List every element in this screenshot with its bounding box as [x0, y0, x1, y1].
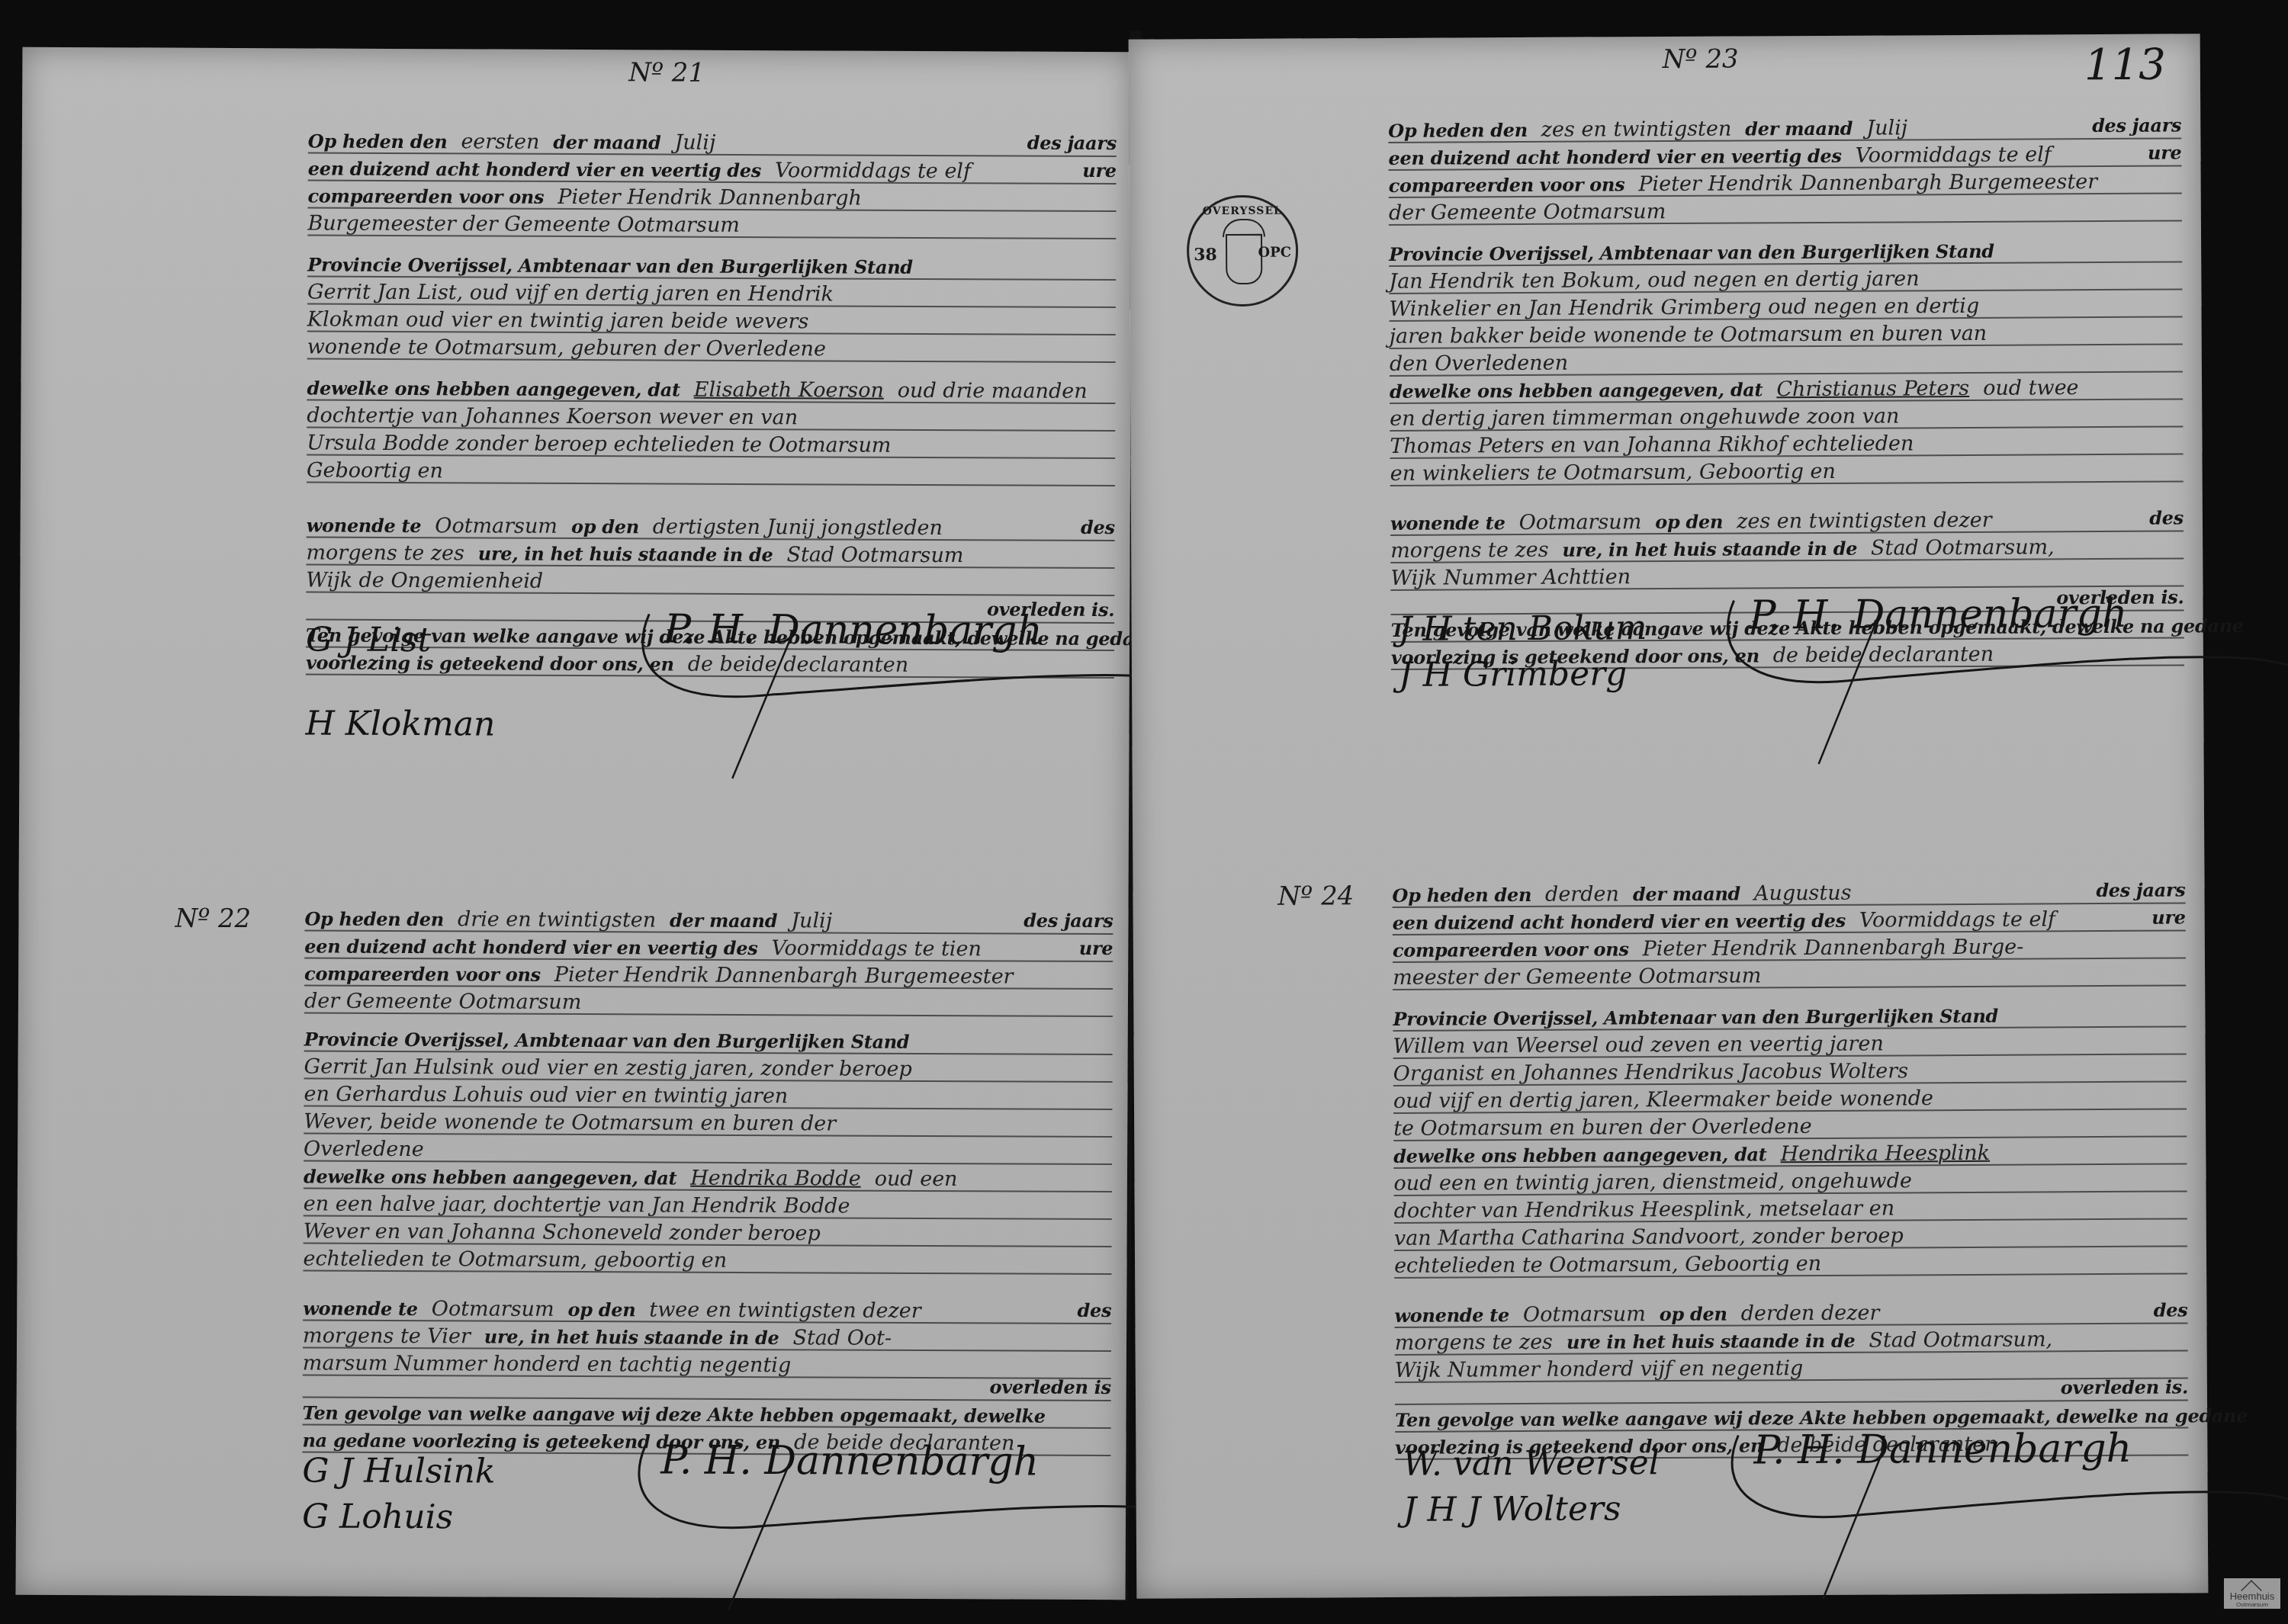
- printed-form-text: dewelke ons hebben aangegeven, dat: [1390, 378, 1763, 403]
- archive-watermark: Heemhuis Ootmarsum: [2224, 1578, 2280, 1609]
- printed-form-text: een duizend acht honderd vier en veertig…: [1393, 910, 1846, 934]
- handwritten-entry: Christianus Peters: [1776, 377, 1969, 401]
- signature-flourish-icon: [1703, 582, 2288, 769]
- handwritten-entry: morgens te Vier: [303, 1324, 471, 1349]
- printed-form-text: ure: [1082, 157, 1117, 185]
- handwritten-entry: Stad Oot-: [792, 1326, 892, 1350]
- handwritten-entry: Jan Hendrik ten Bokum, oud negen en dert…: [1389, 267, 1919, 294]
- handwritten-entry: morgens te zes: [306, 541, 464, 565]
- handwritten-entry: Julij: [791, 909, 832, 932]
- printed-form-text: op den: [567, 1298, 635, 1321]
- handwritten-entry: Gerrit Jan List, oud vijf en dertig jare…: [307, 280, 834, 306]
- printed-form-text: ure: [1079, 935, 1113, 962]
- printed-form-text: een duizend acht honderd vier en veertig…: [308, 157, 761, 181]
- handwritten-entry: Hendrika Heesplink: [1781, 1141, 1991, 1166]
- handwritten-entry: dochtertje van Johannes Koerson wever en…: [307, 403, 798, 429]
- printed-form-text: Op heden den: [304, 907, 444, 930]
- witness-signature: H Klokman: [305, 704, 495, 743]
- printed-form-text: compareerden voor ons: [304, 962, 541, 985]
- record-23: Nº 23Op heden denzes en twintigstender m…: [1388, 34, 2185, 800]
- handwritten-entry: Julij: [1866, 116, 1907, 140]
- handwritten-entry: Stad Ootmarsum: [786, 543, 963, 567]
- printed-form-text: wonende te: [1394, 1304, 1509, 1327]
- handwritten-entry: Ootmarsum: [1523, 1302, 1646, 1327]
- handwritten-entry: Voormiddags te tien: [771, 936, 981, 961]
- witness-signature: W. van Weersel: [1403, 1443, 1660, 1484]
- handwritten-entry: Overledene: [304, 1138, 424, 1162]
- printed-form-text: ure, in het huis staande in de: [478, 542, 773, 566]
- handwritten-entry: Gerrit Jan Hulsink oud vier en zestig ja…: [304, 1055, 912, 1081]
- revenue-stamp: OVERYSSEL 38 OPC: [1187, 195, 1299, 307]
- handwritten-entry: morgens te zes: [1395, 1330, 1553, 1355]
- handwritten-entry: Willem van Weersel oud zeven en veertig …: [1393, 1032, 1883, 1058]
- handwritten-entry: der Gemeente Ootmarsum: [304, 989, 581, 1014]
- printed-form-text: der maand: [1633, 883, 1740, 906]
- printed-form-text: Ten gevolge van welke aangave wij deze A…: [303, 1401, 1046, 1427]
- printed-form-text: ure in het huis staande in de: [1567, 1330, 1856, 1353]
- printed-form-text: Provincie Overijssel, Ambtenaar van den …: [1393, 1005, 1998, 1030]
- coat-of-arms-icon: [1226, 234, 1262, 284]
- witness-signature: J H J Wolters: [1403, 1489, 1621, 1529]
- handwritten-entry: dochter van Hendrikus Heesplink, metsela…: [1394, 1196, 1895, 1222]
- record-number: Nº 21: [628, 57, 705, 88]
- right-page: 113 OVERYSSEL 38 OPC Nº 23Op heden denze…: [1129, 34, 2209, 1598]
- handwritten-entry: Voormiddags te elf: [1856, 143, 2052, 167]
- printed-form-text: wonende te: [303, 1298, 418, 1321]
- handwritten-entry: wonende te Ootmarsum, geburen der Overle…: [307, 335, 826, 361]
- handwritten-entry: morgens te zes: [1390, 538, 1548, 563]
- printed-form-text: dewelke ons hebben aangegeven, dat: [1393, 1143, 1766, 1167]
- handwritten-entry: zes en twintigsten dezer: [1737, 509, 1992, 534]
- printed-form-text: Op heden den: [1388, 119, 1528, 142]
- stamp-value: 38: [1194, 245, 1217, 265]
- printed-form-text: des: [1081, 514, 1115, 541]
- record-number: Nº 22: [175, 903, 251, 934]
- handwritten-entry: oud vijf en dertig jaren, Kleermaker bei…: [1393, 1086, 1933, 1113]
- record-number: Nº 24: [1277, 881, 1354, 912]
- printed-form-text: des: [2154, 1296, 2188, 1324]
- handwritten-entry: oud drie maanden: [898, 379, 1088, 403]
- printed-form-text: des jaars: [2096, 876, 2185, 904]
- handwritten-entry: en Gerhardus Lohuis oud vier en twintig …: [304, 1083, 788, 1109]
- printed-form-text: op den: [571, 515, 639, 538]
- handwritten-entry: eersten: [461, 130, 539, 153]
- printed-form-text: des jaars: [1027, 130, 1117, 158]
- handwritten-entry: Organist en Johannes Hendrikus Jacobus W…: [1393, 1059, 1908, 1086]
- printed-form-text: des jaars: [1023, 907, 1113, 936]
- handwritten-entry: Wijk Nummer honderd vijf en negentig: [1395, 1356, 1804, 1382]
- printed-form-text: overleden is: [990, 1373, 1111, 1401]
- handwritten-entry: van Martha Catharina Sandvoort, zonder b…: [1394, 1224, 1904, 1250]
- printed-form-text: op den: [1655, 510, 1723, 532]
- handwritten-entry: Klokman oud vier en twintig jaren beide …: [307, 307, 809, 333]
- handwritten-entry: drie en twintigsten: [458, 907, 656, 932]
- handwritten-entry: Wijk de Ongemienheid: [306, 568, 543, 592]
- witness-signature: J H ten Bokum: [1399, 608, 1647, 649]
- handwritten-entry: zes en twintigsten: [1541, 117, 1732, 142]
- printed-form-text: ure, in het huis staande in de: [484, 1326, 779, 1350]
- handwritten-entry: Wever en van Johanna Schoneveld zonder b…: [304, 1220, 821, 1246]
- printed-form-text: overleden is.: [2061, 1373, 2188, 1401]
- printed-form-text: Provincie Overijssel, Ambtenaar van den …: [307, 253, 913, 278]
- handwritten-entry: twee en twintigsten dezer: [649, 1298, 921, 1324]
- printed-form-text: Provincie Overijssel, Ambtenaar van den …: [304, 1029, 910, 1053]
- printed-form-text: wonende te: [1390, 512, 1506, 534]
- handwritten-entry: derden dezer: [1741, 1301, 1880, 1325]
- witness-signature: J H Grimberg: [1399, 654, 1628, 695]
- printed-form-text: dewelke ons hebben aangegeven, dat: [307, 377, 680, 400]
- watermark-title: Heemhuis: [2224, 1590, 2280, 1602]
- printed-form-text: des: [2149, 504, 2184, 531]
- printed-form-text: een duizend acht honderd vier en veertig…: [1388, 145, 1841, 169]
- handwritten-entry: dertigsten Junij jongstleden: [653, 515, 943, 540]
- witness-signature: G J List: [306, 620, 432, 660]
- printed-form-text: wonende te: [307, 514, 422, 537]
- record-24: Nº 24Op heden denderdender maandAugustus…: [1392, 861, 2189, 1581]
- printed-form-text: ure: [2151, 903, 2186, 931]
- record-22: Nº 22Op heden dendrie en twintigstender …: [302, 864, 1113, 1584]
- handwritten-entry: Stad Ootmarsum,: [1869, 1327, 2052, 1352]
- handwritten-entry: en dertig jaren timmerman ongehuwde zoon…: [1390, 404, 1899, 430]
- watermark-subtitle: Ootmarsum: [2224, 1601, 2280, 1608]
- handwritten-entry: Pieter Hendrik Dannenbargh Burge-: [1643, 936, 2024, 961]
- handwritten-entry: Wever, beide wonende te Ootmarsum en bur…: [304, 1110, 836, 1136]
- handwritten-entry: meester der Gemeente Ootmarsum: [1393, 964, 1761, 990]
- record-number: Nº 23: [1663, 44, 1739, 75]
- printed-form-text: ure: [2148, 139, 2182, 166]
- handwritten-entry: Ootmarsum: [432, 1297, 554, 1321]
- handwritten-entry: derden: [1545, 882, 1619, 907]
- printed-form-text: Op heden den: [1392, 884, 1531, 907]
- handwritten-entry: den Overledenen: [1390, 351, 1568, 376]
- handwritten-entry: Julij: [674, 131, 715, 155]
- handwritten-entry: te Ootmarsum en buren der Overledene: [1393, 1115, 1812, 1141]
- handwritten-entry: Ursula Bodde zonder beroep echtelieden t…: [307, 431, 891, 457]
- printed-form-text: des jaars: [2092, 111, 2181, 140]
- signature-flourish-icon: [1708, 1417, 2288, 1603]
- handwritten-entry: der Gemeente Ootmarsum: [1389, 200, 1666, 225]
- handwritten-entry: marsum Nummer honderd en tachtig negenti…: [303, 1352, 791, 1378]
- handwritten-entry: Wijk Nummer Achttien: [1390, 565, 1631, 590]
- printed-form-text: compareerden voor ons: [308, 185, 545, 207]
- record-21: Nº 21Op heden deneerstender maandJulijde…: [305, 48, 1117, 814]
- handwritten-entry: echtelieden te Ootmarsum, geboortig en: [303, 1247, 727, 1273]
- printed-form-text: Provincie Overijssel, Ambtenaar van den …: [1389, 240, 1994, 265]
- printed-form-text: een duizend acht honderd vier en veertig…: [304, 935, 757, 959]
- handwritten-entry: en een halve jaar, dochtertje van Jan He…: [304, 1192, 850, 1218]
- printed-form-text: dewelke ons hebben aangegeven, dat: [304, 1166, 676, 1189]
- printed-form-text: Op heden den: [308, 130, 448, 152]
- stamp-province: OVERYSSEL: [1189, 205, 1296, 218]
- printed-form-text: der maand: [553, 131, 660, 154]
- handwritten-entry: Burgemeester der Gemeente Ootmarsum: [307, 211, 740, 236]
- printed-form-text: der maand: [1745, 117, 1853, 140]
- handwritten-entry: oud een: [875, 1167, 958, 1191]
- handwritten-entry: Stad Ootmarsum,: [1871, 535, 2055, 560]
- printed-form-text: ure, in het huis staande in de: [1562, 537, 1857, 560]
- handwritten-entry: Pieter Hendrik Dannenbargh Burgemeester: [1638, 170, 2097, 196]
- handwritten-entry: echtelieden te Ootmarsum, Geboortig en: [1394, 1252, 1821, 1278]
- handwritten-entry: Elisabeth Koerson: [694, 378, 884, 403]
- handwritten-entry: oud twee: [1983, 376, 2079, 400]
- handwritten-entry: Pieter Hendrik Dannenbargh Burgemeester: [554, 963, 1014, 989]
- handwritten-entry: Voormiddags te elf: [1859, 907, 2055, 932]
- handwritten-entry: en winkeliers te Ootmarsum, Geboortig en: [1390, 460, 1836, 486]
- handwritten-entry: Ootmarsum: [435, 514, 558, 538]
- left-page: Nº 21Op heden deneerstender maandJulijde…: [16, 47, 1133, 1600]
- printed-form-text: compareerden voor ons: [1393, 938, 1629, 961]
- handwritten-entry: Hendrika Bodde: [690, 1167, 861, 1191]
- handwritten-entry: Augustus: [1754, 881, 1852, 906]
- witness-signature: G J Hulsink: [302, 1451, 495, 1491]
- handwritten-entry: Pieter Hendrik Dannenbargh: [558, 185, 862, 210]
- handwritten-entry: oud een en twintig jaren, dienstmeid, on…: [1393, 1169, 1912, 1196]
- witness-signature: G Lohuis: [302, 1497, 453, 1536]
- printed-form-text: op den: [1660, 1302, 1727, 1324]
- stamp-unit: OPC: [1258, 245, 1292, 261]
- printed-form-text: der maand: [670, 910, 777, 932]
- printed-form-text: des: [1077, 1297, 1111, 1324]
- handwritten-entry: Ootmarsum: [1519, 510, 1642, 534]
- handwritten-entry: Geboortig en: [307, 458, 443, 483]
- handwritten-entry: Thomas Peters en van Johanna Rikhof echt…: [1390, 432, 1914, 458]
- handwritten-entry: Voormiddags te elf: [775, 159, 971, 183]
- printed-form-text: compareerden voor ons: [1389, 173, 1625, 197]
